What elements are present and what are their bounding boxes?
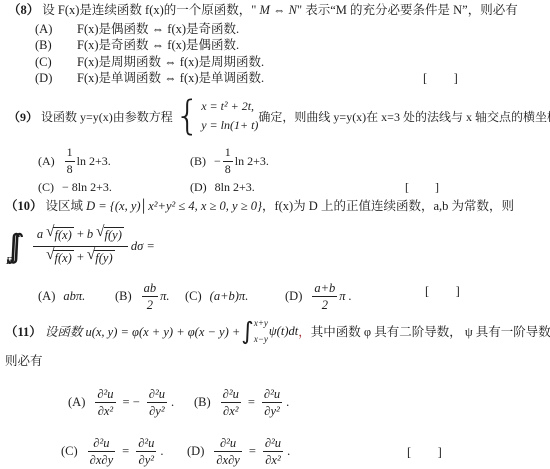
option-10-d-text: π . bbox=[339, 289, 352, 304]
option-8-c-label: (C) bbox=[35, 54, 69, 70]
question-11-stem-math: 设函数 u(x, y) = φ(x + y) + φ(x − y) + bbox=[45, 322, 241, 340]
question-8-stem-text-1: 设 F(x)是连续函数 f(x)的一个原函数，" bbox=[42, 3, 259, 17]
answer-bracket-q8: [ ] bbox=[423, 70, 465, 86]
integral-symbol: ∫ bbox=[241, 319, 254, 343]
radical-icon: √ bbox=[46, 248, 54, 262]
option-10-c-label: (C) bbox=[185, 289, 202, 304]
answer-bracket-q10: [ ] bbox=[425, 281, 467, 299]
option-11-d-label: (D) bbox=[187, 444, 204, 459]
option-8-b-label: (B) bbox=[35, 37, 69, 53]
fraction-numerator: ∂²u bbox=[263, 436, 283, 452]
radicand: f(y) bbox=[94, 250, 114, 266]
option-11-d: (D) ∂²u∂x∂y = ∂²u∂x² . bbox=[187, 436, 313, 467]
option-8-d: (D)F(x)是单调函数 ⇔ f(x)是单调函数. [ ] bbox=[35, 70, 548, 86]
radicand: f(y) bbox=[104, 227, 124, 243]
upper-limit: x+y bbox=[254, 318, 268, 328]
equals-sign: = bbox=[122, 444, 129, 459]
integrand-denominator: √f(x) + √f(y) bbox=[33, 247, 128, 266]
fraction-numerator: 1 bbox=[65, 146, 75, 161]
sqrt-fy: √f(y) bbox=[96, 227, 124, 243]
option-9-c-label: (C) bbox=[38, 180, 54, 195]
question-9-stem-pre: 设函数 y=y(x)由参数方程 bbox=[41, 108, 173, 125]
question-8-number: （8） bbox=[8, 3, 39, 17]
question-9-options-row-1: (A) 18 ln 2+3. (B) − 18 ln 2+3. bbox=[38, 146, 548, 176]
lower-limit: x−y bbox=[254, 334, 268, 344]
question-11-number: （11） bbox=[5, 322, 42, 340]
fraction-denominator: ∂y² bbox=[147, 403, 167, 418]
fraction-numerator: ∂²u bbox=[214, 436, 241, 452]
option-11-a: (A) ∂²u∂x² = − ∂²u∂y² . bbox=[68, 387, 194, 418]
fraction-numerator: ∂²u bbox=[262, 387, 282, 403]
partial-rhs: ∂²u∂y² bbox=[262, 387, 282, 418]
equals-sign: = bbox=[248, 395, 255, 410]
fraction-denominator: ∂x² bbox=[95, 403, 115, 418]
option-8-b: (B)F(x)是奇函数 ⇔ f(x)是偶函数. bbox=[35, 37, 548, 53]
option-9-a-fraction: 18 bbox=[65, 146, 75, 176]
sqrt-fy: √f(y) bbox=[87, 250, 115, 266]
option-8-d-label: (D) bbox=[35, 70, 69, 86]
answer-bracket-q9: [ ] bbox=[405, 178, 446, 195]
option-10-c-text: (a+b)π. bbox=[210, 289, 249, 304]
option-9-b-sign: − bbox=[214, 154, 221, 169]
integrand: ψ(t)dt bbox=[269, 324, 298, 339]
partial-lhs: ∂²u∂x∂y bbox=[88, 436, 115, 467]
period: . bbox=[287, 444, 290, 459]
question-11: （11）设函数 u(x, y) = φ(x + y) + φ(x − y) + … bbox=[5, 316, 548, 469]
sqrt-fx: √f(x) bbox=[46, 250, 74, 266]
fraction-denominator: ∂y² bbox=[136, 452, 156, 467]
radical-icon: √ bbox=[87, 248, 95, 262]
option-11-b: (B) ∂²u∂x² = ∂²u∂y² . bbox=[194, 387, 320, 418]
option-9-c-text: − 8ln 2+3. bbox=[62, 180, 112, 195]
plus-sign: + bbox=[77, 227, 84, 242]
option-8-c-text: F(x)是周期函数 ⇔ f(x)是周期函数. bbox=[77, 55, 264, 69]
option-10-b-text: π. bbox=[160, 289, 169, 304]
question-8-stem: （8）设 F(x)是连续函数 f(x)的一个原函数，" M ⇔ N" 表示“M … bbox=[8, 2, 548, 19]
fraction-denominator: ∂x∂y bbox=[88, 452, 115, 467]
integral-domain: D bbox=[6, 256, 13, 267]
option-8-b-text: F(x)是奇函数 ⇔ f(x)是偶函数. bbox=[77, 38, 239, 52]
question-9-options-row-2: (C) − 8ln 2+3. (D) 8ln 2+3. [ ] bbox=[38, 178, 548, 196]
radical-icon: √ bbox=[96, 225, 104, 239]
answer-bracket-q11: [ ] bbox=[407, 442, 449, 460]
question-10-stem-math: D = {(x, y)│x²+y² ≤ 4, x ≥ 0, y ≥ 0} bbox=[86, 199, 262, 213]
partial-lhs: ∂²u∂x² bbox=[95, 387, 115, 418]
option-8-d-text: F(x)是单调函数 ⇔ f(x)是单调函数. bbox=[77, 71, 264, 85]
fraction-denominator: 8 bbox=[223, 162, 233, 176]
period: . bbox=[286, 395, 289, 410]
left-brace: { bbox=[175, 99, 200, 133]
fraction-denominator: ∂x² bbox=[263, 452, 283, 467]
question-10-stem-post: ，f(x)为 D 上的正值连续函数，a,b 为常数，则 bbox=[262, 199, 514, 213]
option-10-b: (B) ab2 π. bbox=[115, 281, 185, 312]
partial-rhs: ∂²u∂y² bbox=[136, 436, 156, 467]
option-8-a: (A)F(x)是偶函数 ⇔ f(x)是奇函数. bbox=[35, 21, 548, 37]
option-9-b-label: (B) bbox=[190, 154, 206, 169]
question-11-stem-line-2: 则必有 bbox=[5, 353, 548, 370]
option-9-d-label: (D) bbox=[190, 180, 207, 195]
question-10-stem: （10）设区域 D = {(x, y)│x²+y² ≤ 4, x ≥ 0, y … bbox=[5, 198, 548, 215]
fraction-denominator: 2 bbox=[142, 297, 159, 312]
fraction-numerator: ∂²u bbox=[147, 387, 167, 403]
coefficient-b: b bbox=[87, 227, 93, 242]
fraction-denominator: 2 bbox=[312, 297, 337, 312]
question-8: （8）设 F(x)是连续函数 f(x)的一个原函数，" M ⇔ N" 表示“M … bbox=[8, 2, 548, 87]
option-10-a: (A) abπ. bbox=[38, 289, 115, 304]
option-11-c: (C) ∂²u∂x∂y = ∂²u∂y² . bbox=[61, 436, 187, 467]
parametric-eq-1: x = t² + 2t, bbox=[201, 97, 258, 116]
option-10-a-label: (A) bbox=[38, 289, 55, 304]
question-9-stem-post: 确定，则曲线 y=y(x)在 x=3 处的法线与 x 轴交点的横坐标是 bbox=[258, 108, 550, 125]
option-9-d: (D) 8ln 2+3. bbox=[190, 180, 342, 195]
option-8-c: (C)F(x)是周期函数 ⇔ f(x)是周期函数. bbox=[35, 54, 548, 70]
fraction-numerator: a+b bbox=[312, 281, 337, 297]
question-11-options-row-1: (A) ∂²u∂x² = − ∂²u∂y² . (B) ∂²u∂x² = ∂²u… bbox=[68, 383, 548, 421]
fraction-denominator: ∂y² bbox=[262, 403, 282, 418]
fraction-denominator: ∂x∂y bbox=[214, 452, 241, 467]
question-9-number: （9） bbox=[8, 108, 38, 125]
period: . bbox=[160, 444, 163, 459]
option-10-d-fraction: a+b2 bbox=[312, 281, 337, 312]
integral-limits: x+y x−y bbox=[254, 318, 268, 344]
fraction-denominator: 8 bbox=[65, 162, 75, 176]
question-8-stem-math: M ⇔ N bbox=[260, 3, 298, 17]
option-9-b: (B) − 18 ln 2+3. bbox=[190, 146, 342, 176]
question-8-stem-text-2: " 表示“M 的充分必要条件是 N”，则必有 bbox=[297, 3, 518, 17]
question-10-stem-pre: 设区域 bbox=[46, 199, 87, 213]
differential-tail: dσ = bbox=[131, 239, 155, 254]
equals-sign: = bbox=[249, 444, 256, 459]
option-9-a-text: ln 2+3. bbox=[77, 154, 111, 169]
question-11-options-row-2: (C) ∂²u∂x∂y = ∂²u∂y² . (D) ∂²u∂x∂y = ∂²u… bbox=[61, 432, 548, 469]
radicand: f(x) bbox=[53, 227, 73, 243]
definite-integral: ∫ x+y x−y bbox=[241, 318, 268, 344]
question-9-stem: （9）设函数 y=y(x)由参数方程 { x = t² + 2t, y = ln… bbox=[8, 92, 548, 140]
option-10-b-label: (B) bbox=[115, 289, 132, 304]
option-11-a-label: (A) bbox=[68, 395, 85, 410]
integrand-numerator: a√f(x) + b√f(y) bbox=[33, 227, 128, 247]
option-10-d: (D) a+b2 π . bbox=[285, 281, 395, 312]
option-9-b-fraction: 18 bbox=[223, 146, 233, 176]
partial-rhs: ∂²u∂y² bbox=[147, 387, 167, 418]
coefficient-a: a bbox=[37, 227, 43, 242]
partial-rhs: ∂²u∂x² bbox=[263, 436, 283, 467]
partial-lhs: ∂²u∂x² bbox=[221, 387, 241, 418]
option-9-d-text: 8ln 2+3. bbox=[215, 180, 255, 195]
period: . bbox=[171, 395, 174, 410]
question-10-options-row: (A) abπ. (B) ab2 π. (C) (a+b)π. (D) a+b2… bbox=[38, 281, 548, 311]
option-11-b-label: (B) bbox=[194, 395, 211, 410]
option-9-b-text: ln 2+3. bbox=[235, 154, 269, 169]
question-11-stem-text: 其中函数 φ 具有二阶导数， ψ 具有一阶导数， bbox=[311, 322, 550, 340]
parametric-equations: x = t² + 2t, y = ln(1+ t) bbox=[201, 97, 258, 135]
question-8-options: (A)F(x)是偶函数 ⇔ f(x)是奇函数. (B)F(x)是奇函数 ⇔ f(… bbox=[35, 21, 548, 87]
option-10-a-text: abπ. bbox=[63, 289, 85, 304]
fraction-numerator: ∂²u bbox=[136, 436, 156, 452]
radicand: f(x) bbox=[53, 250, 73, 266]
fraction-numerator: ∂²u bbox=[95, 387, 115, 403]
partial-lhs: ∂²u∂x∂y bbox=[214, 436, 241, 467]
option-10-d-label: (D) bbox=[285, 289, 302, 304]
red-comma: ， bbox=[298, 322, 311, 340]
question-11-stem: （11）设函数 u(x, y) = φ(x + y) + φ(x − y) + … bbox=[5, 316, 548, 346]
option-8-a-label: (A) bbox=[35, 21, 69, 37]
question-10-number: （10） bbox=[5, 199, 43, 213]
option-10-c: (C) (a+b)π. bbox=[185, 289, 285, 304]
double-integral-icon: ∫∫ D bbox=[5, 230, 26, 262]
option-11-c-label: (C) bbox=[61, 444, 78, 459]
radical-icon: √ bbox=[46, 225, 54, 239]
parametric-eq-2: y = ln(1+ t) bbox=[201, 116, 258, 135]
option-9-a: (A) 18 ln 2+3. bbox=[38, 146, 190, 176]
option-9-c: (C) − 8ln 2+3. bbox=[38, 180, 190, 195]
fraction-numerator: ∂²u bbox=[88, 436, 115, 452]
integrand-fraction: a√f(x) + b√f(y) √f(x) + √f(y) bbox=[33, 227, 128, 266]
fraction-numerator: ∂²u bbox=[221, 387, 241, 403]
fraction-numerator: ab bbox=[142, 281, 159, 297]
question-9: （9）设函数 y=y(x)由参数方程 { x = t² + 2t, y = ln… bbox=[8, 92, 548, 196]
plus-sign: + bbox=[77, 250, 84, 265]
fraction-denominator: ∂x² bbox=[221, 403, 241, 418]
sqrt-fx: √f(x) bbox=[46, 227, 74, 243]
option-9-a-label: (A) bbox=[38, 154, 55, 169]
double-integral-expression: ∫∫ D a√f(x) + b√f(y) √f(x) + √f(y) dσ = bbox=[5, 219, 548, 273]
equals-sign: = − bbox=[123, 395, 140, 410]
option-10-b-fraction: ab2 bbox=[142, 281, 159, 312]
question-10: （10）设区域 D = {(x, y)│x²+y² ≤ 4, x ≥ 0, y … bbox=[5, 198, 548, 311]
option-8-a-text: F(x)是偶函数 ⇔ f(x)是奇函数. bbox=[77, 22, 239, 36]
fraction-numerator: 1 bbox=[223, 146, 233, 161]
